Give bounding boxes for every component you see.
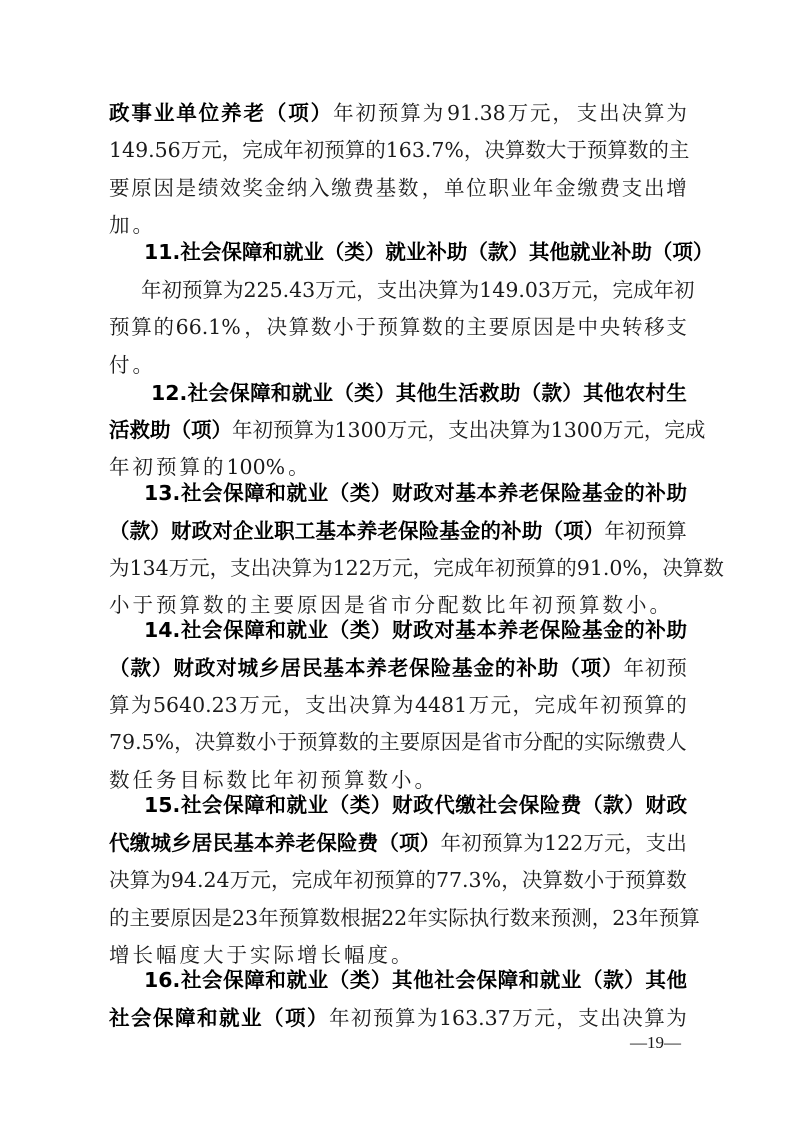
heading-glyph: 对 [434, 612, 455, 648]
body-glyph: 元 [250, 862, 271, 898]
body-glyph: 数 [525, 132, 546, 168]
heading-glyph: ） [307, 1000, 328, 1036]
body-glyph: 配 [543, 724, 564, 760]
body-glyph: 预 [109, 309, 130, 345]
body-glyph: 元 [189, 550, 210, 586]
body-glyph: 134 [130, 550, 169, 586]
body-glyph: 算 [644, 687, 665, 723]
body-glyph: 预 [324, 132, 345, 168]
heading-glyph: 本 [345, 650, 366, 686]
body-glyph: 预 [378, 309, 399, 345]
heading-glyph: （ [467, 234, 488, 270]
body-glyph: 万 [239, 687, 260, 723]
heading-glyph: 保 [223, 612, 244, 648]
body-glyph: 职 [488, 170, 509, 206]
text-line: 79.5%，决算数小于预算数的主要原因是省市分配的实际缴费人 [109, 724, 687, 760]
body-glyph: 出 [327, 687, 348, 723]
heading-glyph: 业 [154, 95, 175, 131]
body-glyph: 完 [242, 132, 263, 168]
heading-glyph: ） [624, 962, 645, 998]
heading-glyph: 就 [286, 787, 307, 823]
text-line: 13.社会保障和就业（类）财政对基本养老保险基金的补助 [144, 475, 687, 511]
heading-glyph: 项 [672, 234, 693, 270]
text-line: 预算的66.1% ，决算数小于预算数的主要原因是中央转移支 [109, 309, 687, 345]
body-glyph: 为 [393, 687, 414, 723]
heading-glyph: 老 [295, 825, 316, 861]
body-glyph: 完 [433, 550, 454, 586]
body-glyph: 增 [109, 937, 130, 973]
body-glyph: 基 [376, 170, 397, 206]
body-glyph: 163.7% [386, 132, 464, 168]
body-glyph: 为 [314, 412, 335, 448]
text-line: 11.社会保障和就业（类）就业补助（款）其他就业补助（项） [144, 234, 687, 270]
heading-glyph: （ [582, 787, 603, 823]
body-glyph: 单 [444, 170, 465, 206]
heading-glyph: ） [365, 234, 386, 270]
heading-glyph: 险 [431, 650, 452, 686]
heading-glyph: 业 [561, 962, 582, 998]
body-glyph: 预 [273, 412, 294, 448]
body-glyph: 要 [400, 724, 421, 760]
text-line: 活救助（项）年初预算为1300万元，支出决算为1300万元，完成 [109, 412, 687, 448]
heading-glyph: 和 [197, 1000, 218, 1036]
body-glyph: 完 [612, 272, 633, 308]
body-glyph: 数 [320, 900, 341, 936]
body-glyph: 省 [482, 724, 503, 760]
body-glyph: 数 [703, 550, 724, 586]
heading-glyph: 障 [242, 234, 263, 270]
heading-glyph: 政 [413, 787, 434, 823]
heading-glyph: （ [109, 513, 130, 549]
body-glyph: 算 [130, 862, 151, 898]
heading-glyph: 业 [303, 234, 324, 270]
heading-glyph: 业 [308, 612, 329, 648]
body-glyph: ， [513, 687, 534, 723]
body-glyph: 算 [395, 862, 416, 898]
heading-glyph: 老 [519, 612, 540, 648]
heading-glyph: 财 [171, 513, 192, 549]
body-glyph: 出 [251, 550, 272, 586]
heading-glyph: ） [420, 825, 441, 861]
heading-glyph: 位 [199, 95, 220, 131]
heading-glyph: 就 [283, 234, 304, 270]
heading-glyph: 社 [476, 787, 497, 823]
body-glyph: ， [552, 95, 573, 131]
body-glyph: 小 [256, 724, 277, 760]
body-glyph: ， [556, 1000, 577, 1036]
heading-glyph: 会 [208, 375, 229, 411]
body-glyph: 元 [623, 412, 644, 448]
heading-glyph: 政 [413, 612, 434, 648]
heading-glyph: 会 [202, 787, 223, 823]
body-glyph: 年 [333, 862, 354, 898]
heading-glyph: 险 [540, 787, 561, 823]
heading-glyph: 和 [262, 234, 283, 270]
body-glyph: 的 [365, 132, 386, 168]
body-glyph: 预 [279, 900, 300, 936]
body-glyph: 算 [646, 862, 667, 898]
body-glyph: 行 [489, 900, 510, 936]
body-glyph: 业 [511, 170, 532, 206]
body-glyph: 年 [141, 272, 162, 308]
heading-glyph: 的 [495, 650, 516, 686]
heading-glyph: 和 [265, 475, 286, 511]
body-glyph: 的 [153, 309, 174, 345]
body-glyph: 算 [318, 724, 339, 760]
heading-glyph: 障 [498, 962, 519, 998]
heading-glyph: 项 [563, 513, 584, 549]
body-glyph: 91.38 [447, 95, 506, 131]
body-glyph: 算 [345, 132, 366, 168]
heading-glyph: 11. [144, 234, 180, 270]
heading-glyph: 老 [388, 650, 409, 686]
body-glyph: 中 [578, 309, 599, 345]
body-glyph: 缴 [331, 170, 352, 206]
heading-glyph: 基 [455, 475, 476, 511]
heading-glyph: 助 [522, 513, 543, 549]
body-glyph: 为 [150, 862, 171, 898]
heading-glyph: 村 [646, 375, 667, 411]
body-glyph: 年 [283, 132, 304, 168]
body-glyph: 万 [169, 550, 190, 586]
body-glyph: 初 [355, 95, 376, 131]
heading-glyph: 城 [238, 650, 259, 686]
heading-glyph: 16. [144, 962, 180, 998]
text-line: 代缴城乡居民基本养老保险费（项）年初预算为122万元，支出 [109, 825, 687, 861]
body-glyph: 算 [299, 900, 320, 936]
text-line: （款）财政对企业职工基本养老保险基金的补助（项）年初预算 [109, 513, 687, 549]
body-glyph: ， [625, 825, 646, 861]
body-glyph: 算 [109, 687, 130, 723]
heading-glyph: （ [378, 825, 399, 861]
body-glyph: 预 [182, 272, 203, 308]
body-glyph: 万 [603, 412, 624, 448]
heading-glyph: 业 [406, 234, 427, 270]
text-line: 社会保障和就业（项）年初预算为163.37万元，支出决算为 [109, 1000, 687, 1036]
body-glyph: 数 [338, 724, 359, 760]
heading-glyph: 金 [603, 612, 624, 648]
body-glyph: 万 [181, 132, 202, 168]
heading-glyph: 项 [191, 412, 212, 448]
heading-glyph: 乡 [259, 650, 280, 686]
body-glyph: 1300 [335, 412, 387, 448]
heading-glyph: 其 [529, 234, 550, 270]
body-glyph: 增 [666, 170, 687, 206]
body-glyph: 出 [644, 170, 665, 206]
body-glyph: 成 [633, 272, 654, 308]
heading-glyph: 项 [288, 95, 309, 131]
heading-glyph: 保 [223, 475, 244, 511]
body-glyph: 94.24 [171, 862, 230, 898]
body-glyph: 初 [461, 825, 482, 861]
heading-glyph: 养 [498, 475, 519, 511]
heading-glyph: 款 [130, 513, 151, 549]
heading-glyph: 生 [437, 375, 458, 411]
body-glyph: 为 [459, 272, 480, 308]
body-glyph: 为 [666, 95, 687, 131]
heading-glyph: （ [329, 962, 350, 998]
heading-glyph: 补 [501, 513, 522, 549]
heading-glyph: 款 [603, 962, 624, 998]
heading-glyph: 养 [498, 612, 519, 648]
body-glyph: 为 [312, 550, 333, 586]
heading-glyph: 财 [173, 650, 194, 686]
heading-glyph: 政 [109, 95, 130, 131]
body-glyph: 初 [625, 513, 646, 549]
heading-glyph: 12. [151, 375, 187, 411]
body-glyph: 元 [261, 687, 282, 723]
body-glyph: 大 [546, 132, 567, 168]
body-glyph: 入 [309, 170, 330, 206]
body-glyph: 是 [212, 900, 233, 936]
body-glyph: 人 [666, 724, 687, 760]
heading-glyph: ） [150, 513, 171, 549]
text-line: 要原因是绩效奖金纳入缴费基数 ，单位职业年金缴费支出增 [109, 170, 687, 206]
body-glyph: 预 [378, 95, 399, 131]
heading-glyph: 基 [439, 513, 460, 549]
heading-glyph: 险 [419, 513, 440, 549]
body-glyph: 算 [683, 550, 704, 586]
body-glyph: 因 [533, 309, 554, 345]
body-glyph: 支 [666, 309, 687, 345]
heading-glyph: 政 [192, 513, 213, 549]
heading-glyph: 15. [144, 787, 180, 823]
body-glyph: 预 [373, 1000, 394, 1036]
heading-glyph: 本 [476, 475, 497, 511]
body-glyph: 初 [495, 550, 516, 586]
heading-glyph: ） [624, 787, 645, 823]
text-line: 15.社会保障和就业（类）财政代缴社会保险费（款）财政 [144, 787, 687, 823]
heading-glyph: 类 [350, 612, 371, 648]
heading-glyph: 款 [488, 234, 509, 270]
heading-glyph: 老 [519, 475, 540, 511]
body-glyph: ， [592, 272, 613, 308]
heading-glyph: 缴 [130, 825, 151, 861]
heading-glyph: 障 [244, 475, 265, 511]
text-line: 年初预算为225.43万元，支出决算为149.03万元，完成年初 [141, 272, 687, 308]
heading-glyph: 社 [181, 962, 202, 998]
body-glyph: 要 [150, 900, 171, 936]
heading-glyph: 类 [344, 234, 365, 270]
heading-glyph: 基 [315, 513, 336, 549]
body-glyph: 决 [271, 550, 292, 586]
body-glyph: 5640.23 [153, 687, 238, 723]
heading-glyph: ） [584, 513, 605, 549]
body-glyph: ， [422, 170, 443, 206]
body-glyph: 决 [662, 550, 683, 586]
body-glyph: 际 [605, 724, 626, 760]
heading-glyph: （ [329, 787, 350, 823]
body-glyph: 年 [109, 449, 130, 485]
heading-glyph: 就 [292, 375, 313, 411]
body-glyph: 初 [253, 412, 274, 448]
body-glyph: ， [644, 412, 665, 448]
heading-glyph: 险 [561, 612, 582, 648]
body-glyph: 年 [474, 550, 495, 586]
body-glyph: 225.43 [244, 272, 316, 308]
body-glyph: 于 [277, 724, 298, 760]
body-glyph: 执 [469, 900, 490, 936]
body-glyph: 万 [372, 550, 393, 586]
body-glyph: 元 [392, 550, 413, 586]
heading-glyph: 就 [286, 475, 307, 511]
body-glyph: 缴 [577, 170, 598, 206]
heading-glyph: 他 [604, 375, 625, 411]
body-glyph: 的 [556, 550, 577, 586]
body-glyph: 测 [571, 900, 592, 936]
body-glyph: 为 [530, 412, 551, 448]
text-line: （款）财政对城乡居民基本养老保险基金的补助（项）年初预 [109, 650, 687, 686]
heading-glyph: 保 [409, 650, 430, 686]
heading-glyph: 业 [313, 375, 334, 411]
body-glyph: 费 [600, 170, 621, 206]
body-glyph: 4481 [415, 687, 467, 723]
body-glyph: 年 [407, 900, 428, 936]
body-glyph: 万 [583, 825, 604, 861]
body-glyph: 初 [600, 687, 621, 723]
body-glyph: 万 [508, 95, 529, 131]
body-glyph: 于 [604, 862, 625, 898]
body-glyph: 主 [466, 309, 487, 345]
body-glyph: ， [413, 550, 434, 586]
heading-glyph: 缴 [455, 787, 476, 823]
heading-glyph: 类 [350, 962, 371, 998]
body-glyph: 预 [625, 862, 646, 898]
heading-glyph: 的 [481, 513, 502, 549]
heading-glyph: 类 [350, 475, 371, 511]
body-glyph: 费 [353, 170, 374, 206]
body-glyph: 算 [131, 309, 152, 345]
body-glyph: 数 [422, 309, 443, 345]
body-glyph: 元 [407, 412, 428, 448]
heading-glyph: 财 [392, 475, 413, 511]
heading-glyph: 基 [582, 612, 603, 648]
heading-glyph: ） [371, 962, 392, 998]
body-glyph: ， [174, 724, 195, 760]
body-glyph: 成 [685, 412, 706, 448]
heading-glyph: 险 [337, 825, 358, 861]
body-glyph: 万 [387, 412, 408, 448]
heading-glyph: ） [212, 412, 233, 448]
heading-glyph: 他 [549, 234, 570, 270]
heading-glyph: 政 [666, 787, 687, 823]
heading-glyph: 的 [624, 475, 645, 511]
body-glyph: 的 [415, 862, 436, 898]
heading-glyph: （ [582, 962, 603, 998]
body-glyph: 际 [448, 900, 469, 936]
body-glyph: 122 [333, 550, 372, 586]
heading-glyph: 保 [223, 787, 244, 823]
heading-glyph: 项 [399, 825, 420, 861]
heading-glyph: 保 [221, 234, 242, 270]
heading-glyph: 补 [645, 612, 666, 648]
body-glyph: 主 [130, 900, 151, 936]
heading-glyph: 业 [590, 234, 611, 270]
heading-glyph: 金 [460, 513, 481, 549]
body-glyph: 实 [428, 900, 449, 936]
heading-glyph: 类 [350, 787, 371, 823]
body-glyph: 算 [503, 825, 524, 861]
body-glyph: 年 [653, 272, 674, 308]
body-glyph: 预 [482, 825, 503, 861]
heading-glyph: 基 [452, 650, 473, 686]
heading-glyph: 基 [233, 825, 254, 861]
heading-glyph: 险 [561, 475, 582, 511]
body-glyph: 市 [502, 724, 523, 760]
text-line: 14.社会保障和就业（类）财政对基本养老保险基金的补助 [144, 612, 687, 648]
heading-glyph: ） [371, 787, 392, 823]
body-glyph: 是 [176, 170, 197, 206]
heading-glyph: （ [171, 412, 192, 448]
body-glyph: 为 [131, 687, 152, 723]
body-glyph: 数 [563, 862, 584, 898]
heading-glyph: 会 [131, 1000, 152, 1036]
heading-glyph: 养 [221, 95, 242, 131]
body-glyph: 年 [638, 900, 659, 936]
body-glyph: 出 [600, 1000, 621, 1036]
heading-glyph: 补 [645, 475, 666, 511]
body-glyph: 元 [571, 272, 592, 308]
text-line: 16.社会保障和就业（类）其他社会保障和就业（款）其他 [144, 962, 687, 998]
body-glyph: 为 [109, 550, 130, 586]
body-glyph: 为 [417, 1000, 438, 1036]
heading-glyph: 金 [473, 650, 494, 686]
body-glyph: 初 [645, 650, 666, 686]
body-glyph: 的 [444, 309, 465, 345]
heading-glyph: 基 [582, 475, 603, 511]
body-glyph: 原 [420, 724, 441, 760]
body-glyph: 万 [315, 272, 336, 308]
body-glyph: 77.3% [436, 862, 501, 898]
heading-glyph: 和 [519, 962, 540, 998]
body-glyph: 于 [566, 132, 587, 168]
body-glyph: 的 [666, 687, 687, 723]
heading-glyph: ） [693, 234, 714, 270]
body-glyph: 的 [359, 724, 380, 760]
body-glyph: 实 [584, 724, 605, 760]
page-number: —19— [630, 1033, 681, 1053]
heading-glyph: （ [329, 612, 350, 648]
body-glyph: 支 [622, 170, 643, 206]
body-glyph: 的 [648, 132, 669, 168]
heading-glyph: 就 [385, 234, 406, 270]
body-glyph: 预 [622, 687, 643, 723]
body-glyph: 预 [587, 132, 608, 168]
body-glyph: 年 [329, 1000, 350, 1036]
body-glyph: 转 [622, 309, 643, 345]
heading-glyph: 和 [265, 962, 286, 998]
heading-glyph: 障 [175, 1000, 196, 1036]
heading-glyph: 补 [611, 234, 632, 270]
body-glyph: 费 [646, 724, 667, 760]
heading-glyph: 会 [202, 475, 223, 511]
heading-glyph: 费 [358, 825, 379, 861]
body-glyph: 分 [523, 724, 544, 760]
heading-glyph: 本 [476, 612, 497, 648]
heading-glyph: 财 [645, 787, 666, 823]
body-glyph: 预 [646, 513, 667, 549]
heading-glyph: 养 [357, 513, 378, 549]
body-glyph: 金 [265, 170, 286, 206]
heading-glyph: （ [329, 475, 350, 511]
body-glyph: 预 [659, 900, 680, 936]
heading-glyph: 养 [366, 650, 387, 686]
body-glyph: 奖 [242, 170, 263, 206]
body-glyph: 原 [131, 170, 152, 206]
heading-glyph: 就 [286, 612, 307, 648]
body-glyph: 据 [361, 900, 382, 936]
body-glyph: 年 [604, 513, 625, 549]
